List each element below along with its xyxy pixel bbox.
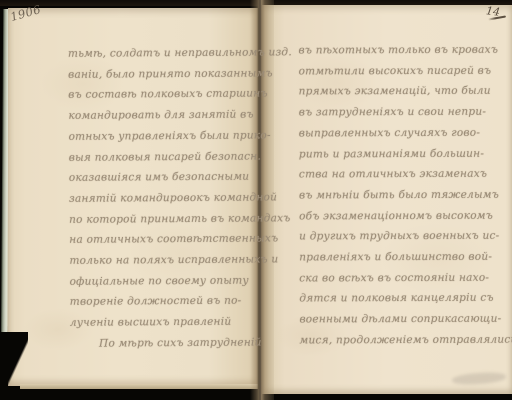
manuscript-line: въ мнѣніи быть было тяжелымъ [299, 185, 512, 206]
manuscript-line: ска во всѣхъ въ состояніи нахо- [299, 267, 512, 288]
manuscript-line: оказавшіяся имъ безопасными [69, 166, 293, 188]
manuscript-line: прямыхъ экзаменацій, что были [299, 81, 512, 102]
manuscript-line: рить и разминаніями большин- [299, 143, 512, 164]
manuscript-line: командировать для занятій въ [68, 104, 292, 126]
manuscript-line: выправленныхъ случаяхъ гово- [299, 122, 512, 143]
manuscript-line: тьмѣ, солдатъ и неправильномъ изд. [68, 42, 292, 64]
manuscript-line: офиціальные по своему опыту [70, 270, 294, 292]
manuscript-line: военными дѣлами соприкасающи- [299, 309, 512, 330]
manuscript-line: только на поляхъ исправленныхъ и [69, 249, 293, 271]
manuscript-line: и другихъ трудныхъ военныхъ ис- [299, 226, 512, 247]
manuscript-line: выя полковыя писарей безопасн. [69, 146, 293, 168]
manuscript-line: лученіи высшихъ правленій [70, 311, 294, 333]
manuscript-line: По мѣрѣ сихъ затрудненій [99, 332, 294, 354]
right-page-text: въ пѣхотныхъ только въ кровахъотмѣтили в… [298, 40, 512, 351]
manuscript-line: твореніе должностей въ по- [70, 291, 294, 313]
manuscript-line: на отличныхъ соотвѣтственныхъ [69, 229, 293, 251]
manuscript-line: ства на отличныхъ экзаменахъ [299, 164, 512, 185]
manuscript-line: отмѣтили высокихъ писарей въ [299, 60, 512, 81]
manuscript-line: въ пѣхотныхъ только въ кровахъ [298, 40, 512, 61]
manuscript-line: отныхъ управленіяхъ были прико- [68, 125, 292, 147]
manuscript-line: правленіяхъ и большинство вой- [299, 247, 512, 268]
manuscript-scan: 1906 14 тьмѣ, солдатъ и неправильномъ из… [0, 0, 512, 400]
left-page-bottom-edge [20, 384, 258, 389]
manuscript-line: въ затрудненіяхъ и свои непри- [299, 102, 512, 123]
manuscript-line: по которой принимать въ командахъ [69, 208, 293, 230]
manuscript-line: ваніи, было принято показаннымъ [68, 63, 292, 85]
bottom-left-shadow [0, 332, 28, 400]
manuscript-line: объ экзаменаціонномъ высокомъ [299, 205, 512, 226]
manuscript-line: въ составѣ полковыхъ старшинъ [68, 84, 292, 106]
manuscript-line: занятій командировокъ командной [69, 187, 293, 209]
manuscript-line: дятся и полковыя канцеляріи съ [299, 288, 512, 309]
manuscript-line: мися, продолженіемъ отправлялись [299, 329, 512, 350]
left-page-text: тьмѣ, солдатъ и неправильномъ изд.ваніи,… [68, 42, 294, 354]
